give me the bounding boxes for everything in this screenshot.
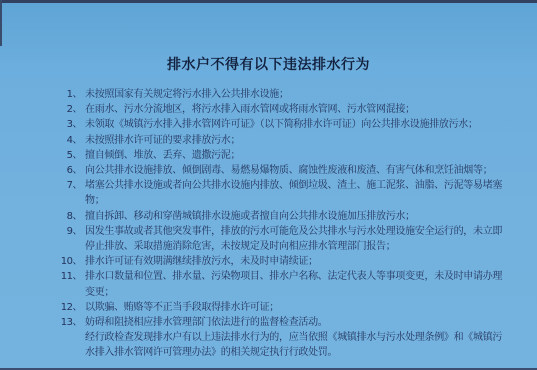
list-item: 12、以欺骗、贿赂等不正当手段取得排水许可证；: [85, 300, 505, 315]
list-item: 3、未领取《城镇污水排入排水管网许可证》（以下简称排水许可证）向公共排水设施排放…: [85, 117, 505, 132]
list-item: 13、妨碍和阻挠相应排水管理部门依法进行的监督检查活动。: [85, 315, 505, 330]
item-number: 12、: [49, 300, 82, 315]
item-text: 排水许可证有效期满继续排放污水，未及时申请续证；: [85, 256, 318, 267]
item-number: 2、: [49, 102, 82, 117]
item-number: 5、: [49, 148, 82, 163]
item-number: 3、: [49, 117, 82, 132]
list-item: 10、排水许可证有效期满继续排放污水，未及时申请续证；: [85, 254, 505, 269]
list-item: 11、排水口数量和位置、排水量、污染物项目、排水户名称、法定代表人等事项变更，未…: [85, 269, 505, 299]
item-text: 排水口数量和位置、排水量、污染物项目、排水户名称、法定代表人等事项变更，未及时申…: [85, 271, 502, 297]
item-text: 未按照排水许可证的要求排放污水；: [85, 135, 240, 146]
item-text: 擅自倾倒、堆放、丢弃、遗撒污泥；: [85, 150, 240, 161]
list-item: 1、未按照国家有关规定将污水排入公共排水设施；: [85, 87, 505, 102]
item-number: 9、: [49, 224, 82, 239]
item-text: 向公共排水设施排放、倾倒剧毒、易燃易爆物质、腐蚀性废液和废渣、有害气体和烹饪油烟…: [85, 165, 492, 176]
list-item: 4、未按照排水许可证的要求排放污水；: [85, 133, 505, 148]
closing-paragraph: 经行政检查发现排水户有以上违法排水行为的，应当依照《城镇排水与污水处理条例》和《…: [0, 330, 537, 360]
item-text: 因发生事故或者其他突发事件，排放的污水可能危及公共排水与污水处理设施安全运行的，…: [85, 226, 502, 252]
item-text: 在雨水、污水分流地区，将污水排入雨水管网或将雨水管网、污水管网混接；: [85, 104, 415, 115]
list-item: 2、在雨水、污水分流地区，将污水排入雨水管网或将雨水管网、污水管网混接；: [85, 102, 505, 117]
item-number: 7、: [49, 178, 82, 193]
item-number: 1、: [49, 87, 82, 102]
top-border: [0, 0, 537, 3]
item-number: 11、: [49, 269, 82, 284]
item-number: 6、: [49, 163, 82, 178]
item-number: 8、: [49, 209, 82, 224]
item-text: 擅自拆卸、移动和穿凿城镇排水设施或者擅自向公共排水设施加压排放污水；: [85, 211, 415, 222]
item-text: 堵塞公共排水设施或者向公共排水设施内排放、倾倒垃圾、渣土、施工泥浆、油脂、污泥等…: [85, 180, 502, 206]
list-item: 6、向公共排水设施排放、倾倒剧毒、易燃易爆物质、腐蚀性废液和废渣、有害气体和烹饪…: [85, 163, 505, 178]
item-text: 未按照国家有关规定将污水排入公共排水设施；: [85, 89, 289, 100]
item-text: 以欺骗、贿赂等不正当手段取得排水许可证；: [85, 302, 279, 313]
page-title: 排水户不得有以下违法排水行为: [0, 0, 537, 74]
item-number: 4、: [49, 133, 82, 148]
left-edge-mark: [0, 0, 2, 46]
regulation-poster: 排水户不得有以下违法排水行为 1、未按照国家有关规定将污水排入公共排水设施；2、…: [0, 0, 537, 370]
list-item: 8、擅自拆卸、移动和穿凿城镇排水设施或者擅自向公共排水设施加压排放污水；: [85, 209, 505, 224]
list-item: 7、堵塞公共排水设施或者向公共排水设施内排放、倾倒垃圾、渣土、施工泥浆、油脂、污…: [85, 178, 505, 208]
item-number: 10、: [49, 254, 82, 269]
list-item: 5、擅自倾倒、堆放、丢弃、遗撒污泥；: [85, 148, 505, 163]
rules-list: 1、未按照国家有关规定将污水排入公共排水设施；2、在雨水、污水分流地区，将污水排…: [0, 87, 537, 330]
item-number: 13、: [49, 315, 82, 330]
item-text: 未领取《城镇污水排入排水管网许可证》（以下简称排水许可证）向公共排水设施排放污水…: [85, 119, 478, 130]
item-text: 妨碍和阻挠相应排水管理部门依法进行的监督检查活动。: [85, 317, 328, 328]
list-item: 9、因发生事故或者其他突发事件，排放的污水可能危及公共排水与污水处理设施安全运行…: [85, 224, 505, 254]
